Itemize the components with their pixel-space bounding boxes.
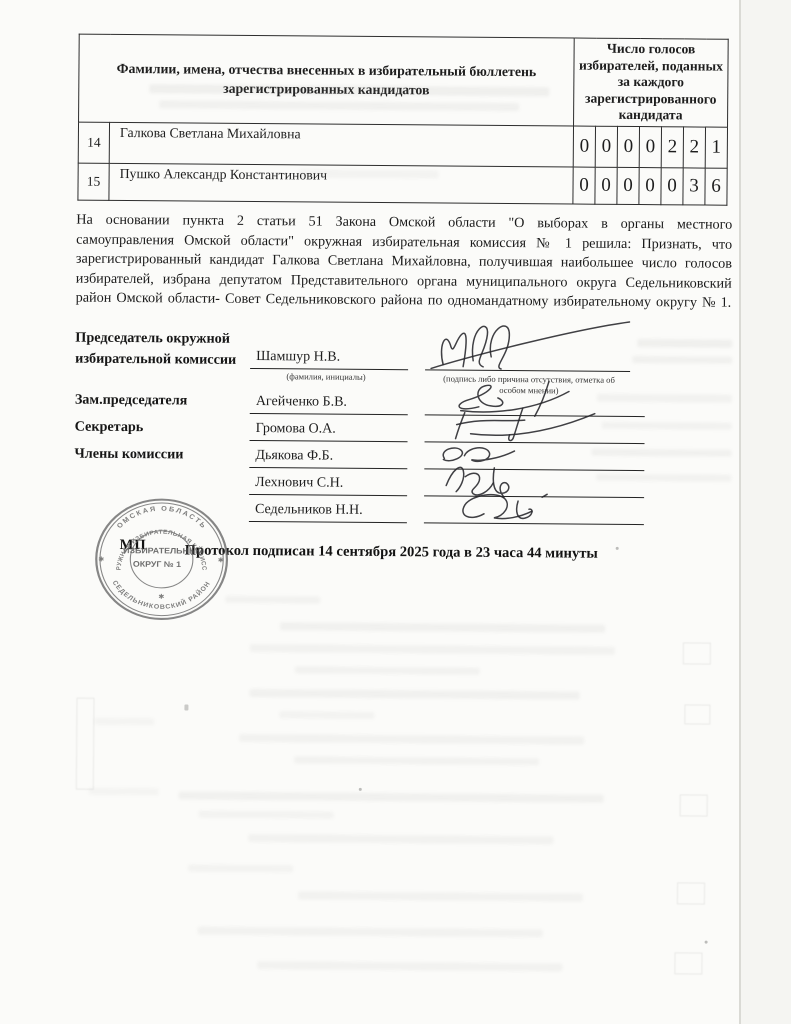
- scan-speck: [184, 704, 188, 710]
- bleed-through-artifact: [179, 791, 604, 802]
- protocol-signed-line: Протокол подписан 14 сентября 2025 года …: [185, 542, 598, 562]
- row-number: 14: [78, 122, 109, 163]
- vote-digit-cell: 0: [661, 167, 683, 204]
- bleed-through-artifact: [677, 882, 705, 904]
- bleed-through-artifact: [602, 422, 732, 430]
- commission-stamp: ОМСКАЯ ОБЛАСТЬ СЕДЕЛЬНИКОВСКИЙ РАЙОН ОКР…: [92, 496, 231, 623]
- candidate-name: Галкова Светлана Михайловна: [109, 122, 573, 167]
- vote-digit-cell: 0: [639, 167, 661, 204]
- vote-digit-cell: 3: [683, 167, 705, 204]
- vote-digit-cell: 0: [639, 126, 661, 167]
- scan-speck: [705, 941, 708, 944]
- bleed-through-artifact: [188, 865, 293, 873]
- stamp-star-bottom: ✱: [158, 593, 164, 601]
- scan-speck: [616, 547, 619, 550]
- bleed-through-artifact: [299, 169, 439, 178]
- chairman-label-line2: избирательной комиссии: [75, 349, 236, 371]
- scan-margin: [741, 0, 791, 1024]
- deputy-name: Агейченко Б.В.: [250, 394, 408, 415]
- col-header-candidates: Фамилии, имена, отчества внесенных в изб…: [79, 34, 575, 125]
- bleed-through-artifact: [225, 596, 320, 604]
- stamp-center-line2: ОКРУГ № 1: [133, 559, 181, 569]
- results-table: Фамилии, имена, отчества внесенных в изб…: [77, 34, 728, 206]
- member-signature-handwriting: [452, 488, 582, 527]
- member-name: Лехнович С.Н.: [249, 475, 407, 496]
- col-header-votes: Число голосов избирателей, поданных за к…: [574, 38, 729, 127]
- bleed-through-artifact: [596, 474, 731, 482]
- member-name: Дьякова Ф.Б.: [249, 448, 407, 469]
- bleed-through-artifact: [683, 642, 711, 664]
- vote-digit-cell: 0: [617, 167, 639, 204]
- secretary-name: Громова О.А.: [250, 421, 408, 442]
- bleed-through-artifact: [637, 339, 732, 348]
- bleed-through-artifact: [198, 927, 543, 938]
- bleed-through-artifact: [294, 756, 539, 765]
- bleed-through-artifact: [684, 704, 710, 724]
- row-number: 15: [78, 163, 109, 200]
- vote-digit-cell: 0: [573, 167, 595, 204]
- bleed-through-artifact: [250, 689, 580, 700]
- stamp-outer-top-text: ОМСКАЯ ОБЛАСТЬ: [116, 505, 208, 530]
- vote-digit-cell: 6: [705, 168, 727, 205]
- vote-digit-cell: 2: [683, 126, 705, 167]
- vote-digit-cell: 2: [661, 126, 683, 167]
- stamp-star-right: ✱: [218, 557, 224, 565]
- bleed-through-artifact: [674, 952, 702, 974]
- bleed-through-artifact: [280, 622, 605, 633]
- member-name: Седельников Н.Н.: [249, 502, 407, 523]
- bleed-through-artifact: [298, 891, 583, 901]
- vote-digit-cell: 1: [705, 127, 727, 168]
- bleed-through-artifact: [94, 718, 154, 725]
- bleed-through-artifact: [76, 698, 95, 790]
- vote-digit-cell: 0: [595, 126, 617, 167]
- bleed-through-artifact: [632, 356, 732, 364]
- decision-paragraph: На основании пункта 2 статьи 51 Закона О…: [76, 211, 733, 314]
- table-row: 14 Галкова Светлана Михайловна 0 0 0 0 2…: [78, 122, 727, 168]
- chairman-name: Шамшур Н.В.: [250, 349, 408, 370]
- bleed-through-artifact: [239, 734, 584, 745]
- name-caption: (фамилия, инициалы): [250, 371, 402, 383]
- vote-digit-cell: 0: [573, 126, 595, 167]
- secretary-label: Секретарь: [75, 417, 144, 439]
- bleed-through-artifact: [248, 834, 553, 844]
- bleed-through-artifact: [591, 449, 731, 457]
- deputy-label: Зам.председателя: [75, 390, 188, 412]
- chairman-signature-handwriting: [423, 314, 638, 372]
- secretary-signature-handwriting: [443, 403, 623, 445]
- bleed-through-artifact: [680, 794, 708, 816]
- bleed-through-artifact: [199, 811, 334, 819]
- bleed-through-artifact: [89, 788, 159, 796]
- bleed-through-artifact: [597, 394, 732, 403]
- scanned-protocol-page: Фамилии, имена, отчества внесенных в изб…: [0, 0, 791, 1024]
- stamp-center-line1: ИЗБИРАТЕЛЬНЫЙ: [123, 545, 204, 556]
- bleed-through-artifact: [279, 711, 374, 719]
- vote-digit-cell: 0: [595, 167, 617, 204]
- table-row: 15 Пушко Александр Константинович 0 0 0 …: [78, 163, 727, 205]
- members-label: Члены комиссии: [74, 444, 183, 466]
- chairman-label: Председатель окружной избирательной коми…: [75, 328, 236, 371]
- table-header-row: Фамилии, имена, отчества внесенных в изб…: [79, 34, 729, 127]
- bleed-through-artifact: [257, 961, 562, 971]
- stamp-star-left: ✱: [98, 556, 104, 564]
- scan-speck: [359, 788, 362, 791]
- bleed-through-artifact: [250, 644, 615, 655]
- chairman-label-line1: Председатель окружной: [75, 328, 236, 350]
- vote-digit-cell: 0: [617, 126, 639, 167]
- bleed-through-artifact: [295, 666, 480, 674]
